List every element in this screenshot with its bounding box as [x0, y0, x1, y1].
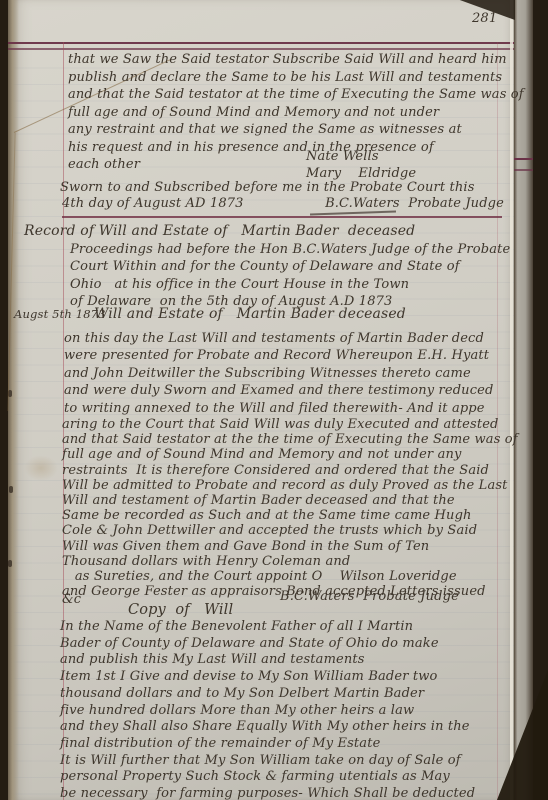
handwritten-line: full age and of Sound Mind and Memory an…	[68, 104, 524, 122]
handwritten-line: Bader of County of Delaware and State of…	[60, 636, 475, 653]
handwritten-line: final distribution of the remainder of M…	[60, 736, 475, 753]
top-rule-line	[8, 42, 514, 44]
handwritten-line: personal Property Such Stock & farming u…	[60, 769, 475, 786]
handwritten-line: as Sureties, and the Court appoint O Wil…	[62, 569, 518, 584]
entry2-body: Proceedings had before the Hon B.C.Water…	[70, 241, 510, 311]
handwritten-line: In the Name of the Benevolent Father of …	[60, 619, 475, 636]
handwritten-line: publish and declare the Same to be his L…	[68, 69, 524, 87]
handwritten-line: restraints It is therefore Considered an…	[62, 463, 518, 478]
will-copy-body: In the Name of the Benevolent Father of …	[60, 619, 475, 800]
handwritten-line: and that the Said testator at the time o…	[68, 86, 524, 104]
handwritten-line: any restraint and that we signed the Sam…	[68, 121, 524, 139]
entry1-attestation-line1: Sworn to and Subscribed before me in the…	[60, 180, 475, 195]
handwritten-line: Court Within and for the County of Delaw…	[70, 258, 510, 275]
handwritten-line: Cole & John Dettwiller and accepted the …	[62, 523, 518, 538]
paper-stain	[24, 455, 58, 481]
handwritten-line: Ohio at his office in the Court House in…	[70, 276, 510, 293]
handwritten-line: and were duly Sworn and Examed and there…	[64, 382, 493, 399]
handwritten-line: Will and testament of Martin Bader decea…	[62, 493, 518, 508]
handwritten-line: thousand dollars and to My Son Delbert M…	[60, 686, 475, 703]
handwritten-line: It is Will further that My Son William t…	[60, 753, 475, 770]
handwritten-line: Will be admitted to Probate and record a…	[62, 478, 518, 493]
entry3-closing: &c	[62, 592, 81, 607]
handwritten-line: Item 1st I Give and devise to My Son Wil…	[60, 669, 475, 686]
handwritten-line: to writing annexed to the Will and filed…	[64, 400, 493, 417]
page-number: 281	[472, 11, 497, 26]
handwritten-line: and John Deitwiller the Subscribing Witn…	[64, 365, 493, 382]
entry3-heading: Will and Estate of Martin Bader deceased	[94, 306, 406, 322]
binding-stitch	[9, 486, 13, 493]
judge-signature: B.C.Waters Probate Judge	[325, 196, 504, 211]
entry3-margin-date: Augst 5th 1873	[14, 307, 106, 321]
handwritten-line: be necessary for farming purposes- Which…	[60, 786, 475, 800]
handwritten-line: Thousand dollars with Henry Coleman and	[62, 554, 518, 569]
handwritten-line: full age and of Sound Mind and Memory an…	[62, 447, 518, 462]
entry1-body: that we Saw the Said testator Subscribe …	[68, 51, 524, 174]
handwritten-line: and publish this My Last Will and testam…	[60, 652, 475, 669]
entry1-attestation-row: 4th day of August AD 1873 B.C.Waters Pro…	[62, 196, 504, 211]
handwritten-line: Will was Given them and Gave Bond in the…	[62, 539, 518, 554]
binding-stitch	[8, 560, 12, 567]
handwritten-line: that we Saw the Said testator Subscribe …	[68, 51, 524, 69]
top-rule-line	[8, 48, 514, 50]
handwritten-line: his request and in his presence and in t…	[68, 139, 524, 157]
book-binding-gutter	[8, 0, 19, 800]
section-divider-rule	[62, 216, 502, 218]
handwritten-line: and they Shall also Share Equally With M…	[60, 719, 475, 736]
handwritten-line: and that Said testator at the the time o…	[62, 432, 518, 447]
entry2-heading: Record of Will and Estate of Martin Bade…	[24, 223, 415, 239]
ledger-photo: 281 that we Saw the Said testator Subscr…	[0, 0, 548, 800]
handwritten-line: on this day the Last Will and testaments…	[64, 330, 493, 347]
handwritten-line: Proceedings had before the Hon B.C.Water…	[70, 241, 510, 258]
handwritten-line: were presented for Probate and Record Wh…	[64, 347, 493, 364]
attestation-date: 4th day of August AD 1873	[62, 196, 244, 211]
handwritten-line: Same be recorded as Such and at the Same…	[62, 508, 518, 523]
judge-signature: B.C.Waters Probate Judge	[280, 589, 459, 604]
entry3-body-a: on this day the Last Will and testaments…	[64, 330, 493, 417]
handwritten-line: each other	[68, 156, 524, 174]
witness-signature: Nate Wells	[306, 148, 416, 165]
entry1-witness-signatures: Nate WellsMary Eldridge	[306, 148, 416, 182]
entry3-body-b: aring to the Court that Said Will was du…	[62, 417, 518, 599]
handwritten-line: aring to the Court that Said Will was du…	[62, 417, 518, 432]
will-copy-heading: Copy of Will	[128, 602, 233, 618]
handwritten-line: five hundred dollars More than My other …	[60, 703, 475, 720]
